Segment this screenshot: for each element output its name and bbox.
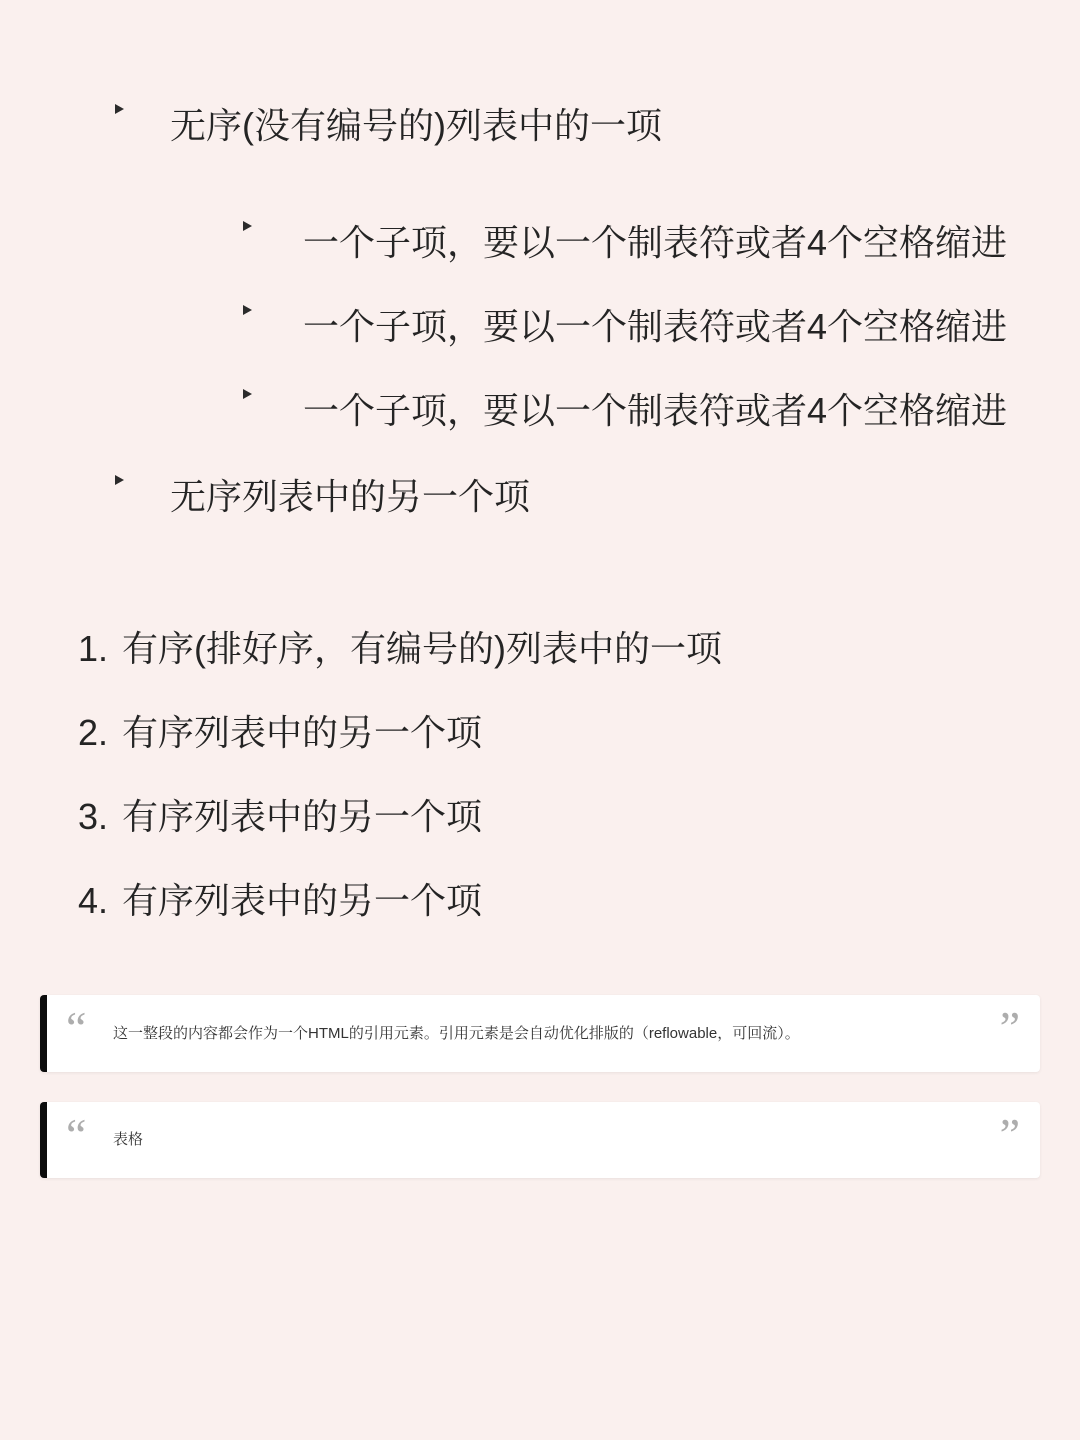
list-item-text: 无序(没有编号的)列表中的一项 bbox=[170, 101, 662, 151]
triangle-bullet-icon bbox=[115, 475, 124, 485]
unordered-sub-list-item: 一个子项，要以一个制表符或者4个空格缩进 bbox=[0, 302, 1080, 352]
list-item-text: 一个子项，要以一个制表符或者4个空格缩进 bbox=[303, 386, 1007, 436]
reader-page: 无序(没有编号的)列表中的一项 一个子项，要以一个制表符或者4个空格缩进 一个子… bbox=[0, 0, 1080, 1440]
list-item-text: 一个子项，要以一个制表符或者4个空格缩进 bbox=[303, 302, 1007, 352]
triangle-bullet-icon bbox=[243, 305, 252, 315]
list-item-text: 有序列表中的另一个项 bbox=[122, 708, 482, 758]
open-quote-icon: “ bbox=[66, 1005, 86, 1037]
ordered-list-item: 2. 有序列表中的另一个项 bbox=[0, 708, 1080, 758]
blockquote-text: 表格 bbox=[113, 1129, 935, 1151]
triangle-bullet-icon bbox=[243, 221, 252, 231]
close-quote-icon: ” bbox=[1000, 1112, 1020, 1144]
unordered-list-item: 无序(没有编号的)列表中的一项 bbox=[0, 101, 1080, 151]
blockquote: “ 表格 ” bbox=[40, 1102, 1040, 1178]
unordered-list-item: 无序列表中的另一个项 bbox=[0, 472, 1080, 522]
open-quote-icon: “ bbox=[66, 1112, 86, 1144]
list-item-text: 有序(排好序，有编号的)列表中的一项 bbox=[122, 624, 722, 674]
list-item-text: 有序列表中的另一个项 bbox=[122, 792, 482, 842]
close-quote-icon: ” bbox=[1000, 1005, 1020, 1037]
list-item-text: 一个子项，要以一个制表符或者4个空格缩进 bbox=[303, 218, 1007, 268]
ordered-list-marker: 4. bbox=[78, 876, 108, 926]
ordered-list-item: 3. 有序列表中的另一个项 bbox=[0, 792, 1080, 842]
blockquote-text: 这一整段的内容都会作为一个HTML的引用元素。引用元素是会自动优化排版的（ref… bbox=[113, 1023, 935, 1045]
ordered-list-marker: 3. bbox=[78, 792, 108, 842]
ordered-list-marker: 1. bbox=[78, 624, 108, 674]
ordered-list-item: 4. 有序列表中的另一个项 bbox=[0, 876, 1080, 926]
list-item-text: 无序列表中的另一个项 bbox=[170, 472, 530, 522]
list-item-text: 有序列表中的另一个项 bbox=[122, 876, 482, 926]
blockquote: “ 这一整段的内容都会作为一个HTML的引用元素。引用元素是会自动优化排版的（r… bbox=[40, 995, 1040, 1072]
triangle-bullet-icon bbox=[115, 104, 124, 114]
triangle-bullet-icon bbox=[243, 389, 252, 399]
ordered-list-item: 1. 有序(排好序，有编号的)列表中的一项 bbox=[0, 624, 1080, 674]
ordered-list-marker: 2. bbox=[78, 708, 108, 758]
unordered-sub-list-item: 一个子项，要以一个制表符或者4个空格缩进 bbox=[0, 218, 1080, 268]
unordered-sub-list-item: 一个子项，要以一个制表符或者4个空格缩进 bbox=[0, 386, 1080, 436]
